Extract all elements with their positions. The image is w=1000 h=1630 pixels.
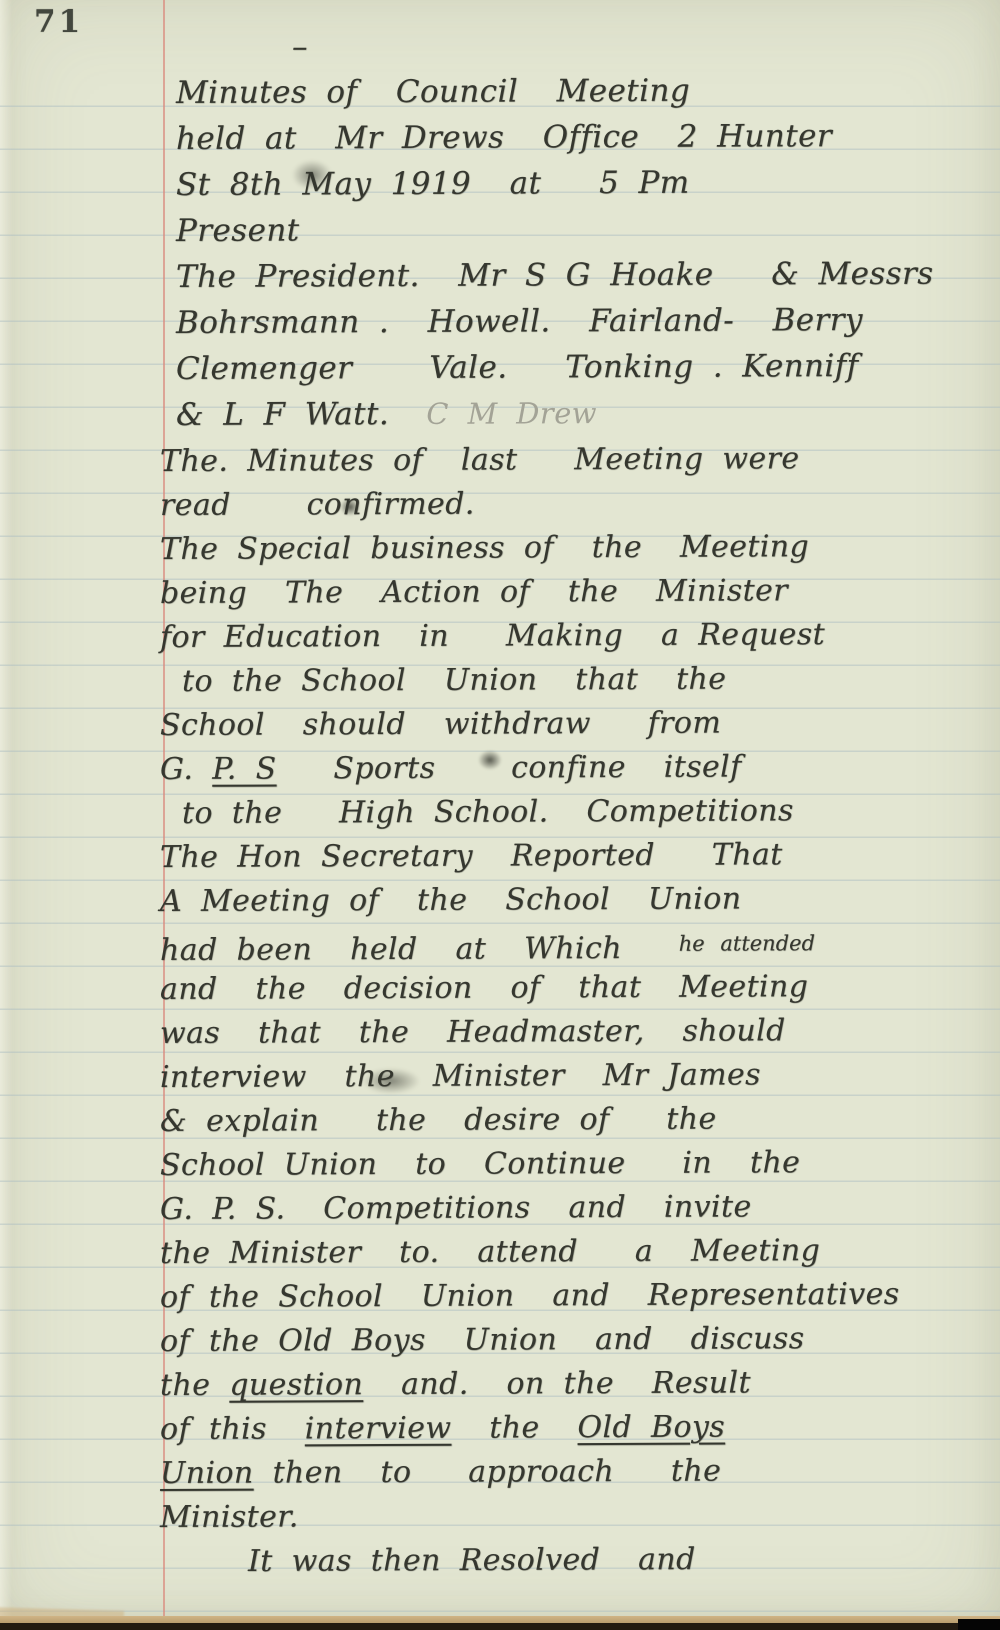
handwritten-line: being The Action of the Minister xyxy=(160,569,900,616)
handwritten-line: the question and. on the Result xyxy=(160,1361,900,1408)
handwritten-line: & L F Watt. C M Drew xyxy=(176,389,934,438)
handwritten-line: The Special business of the Meeting xyxy=(160,525,900,572)
handwritten-line: held at Mr Drews Office 2 Hunter xyxy=(176,113,934,162)
handwritten-line: Clemenger Vale. Tonking . Kenniff xyxy=(176,343,934,392)
paper-left-edge-highlight xyxy=(0,0,12,1620)
handwritten-line: of the Old Boys Union and discuss xyxy=(160,1317,900,1364)
handwritten-line: A Meeting of the School Union xyxy=(160,877,900,924)
handwritten-line: had been held at Which he attended xyxy=(160,921,900,968)
minutes-body: The. Minutes of last Meeting wereread co… xyxy=(160,440,900,1584)
handwritten-line: of the School Union and Representatives xyxy=(160,1273,900,1320)
handwritten-line: St 8th May 1919 at 5 Pm xyxy=(176,159,934,208)
handwritten-line: was that the Headmaster, should xyxy=(160,1009,900,1056)
handwritten-line: Present xyxy=(176,205,934,254)
handwritten-line: & explain the desire of the xyxy=(160,1097,900,1144)
handwritten-line: G. P. S Sports confine itself xyxy=(160,745,900,792)
minutes-header: –Minutes of Council Meetingheld at Mr Dr… xyxy=(176,24,934,438)
notebook-page: 71 –Minutes of Council Meetingheld at Mr… xyxy=(0,0,1000,1630)
handwritten-line: and the decision of that Meeting xyxy=(160,965,900,1012)
handwritten-line: the Minister to. attend a Meeting xyxy=(160,1229,900,1276)
handwritten-line: to the High School. Competitions xyxy=(182,789,900,836)
handwritten-line: read confirmed. xyxy=(160,481,900,528)
handwritten-line: Union then to approach the xyxy=(160,1449,900,1496)
handwritten-line: – xyxy=(292,21,934,70)
handwritten-line: of this interview the Old Boys xyxy=(160,1405,900,1452)
desk-shadow xyxy=(0,1623,1000,1630)
handwritten-line: to the School Union that the xyxy=(182,657,900,704)
handwritten-line: for Education in Making a Request xyxy=(160,613,900,660)
handwritten-line: Minister. xyxy=(160,1493,900,1540)
handwritten-line: It was then Resolved and xyxy=(248,1537,900,1584)
handwritten-line: interview the Minister Mr James xyxy=(160,1053,900,1100)
handwritten-line: School Union to Continue in the xyxy=(160,1141,900,1188)
handwritten-line: School should withdraw from xyxy=(160,701,900,748)
handwritten-line: The Hon Secretary Reported That xyxy=(160,833,900,880)
bottom-right-shadow xyxy=(958,1619,1000,1630)
handwritten-line: The. Minutes of last Meeting were xyxy=(160,437,900,484)
page-number: 71 xyxy=(34,4,83,40)
handwritten-line: The President. Mr S G Hoake & Messrs xyxy=(176,251,934,300)
handwritten-line: Minutes of Council Meeting xyxy=(176,67,934,116)
handwritten-line: G. P. S. Competitions and invite xyxy=(160,1185,900,1232)
handwritten-line: Bohrsmann . Howell. Fairland- Berry xyxy=(176,297,934,346)
pencil-annotation: C M Drew xyxy=(389,396,597,431)
